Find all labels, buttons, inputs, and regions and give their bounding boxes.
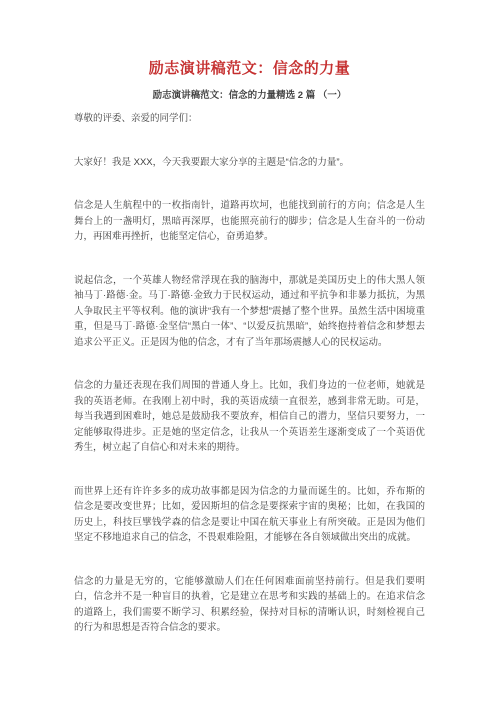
page-title: 励志演讲稿范文：信念的力量: [74, 60, 425, 78]
paragraph-martin-luther-king: 说起信念，一个英雄人物经常浮现在我的脑海中，那就是美国历史上的伟大黑人领袖马丁·…: [74, 273, 425, 351]
document-page: 励志演讲稿范文：信念的力量 励志演讲稿范文：信念的力量精选 2 篇 （一） 尊敬…: [0, 0, 500, 707]
paragraph-conclusion: 信念的力量是无穷的，它能够激励人们在任何困难面前坚持前行。但是我们要明白，信念并…: [74, 574, 425, 636]
paragraph-english-teacher: 信念的力量还表现在我们周围的普通人身上。比如，我们身边的一位老师，她就是我的英语…: [74, 378, 425, 456]
paragraph-belief-metaphor: 信念是人生航程中的一枚指南针，道路再坎坷，也能找到前行的方向；信念是人生舞台上的…: [74, 198, 425, 245]
document-body: 尊敬的评委、亲爱的同学们： 大家好！我是 XXX，今天我要跟大家分享的主题是“信…: [74, 111, 425, 636]
paragraph-intro: 大家好！我是 XXX，今天我要跟大家分享的主题是“信念的力量”。: [74, 155, 425, 171]
paragraph-greeting: 尊敬的评委、亲爱的同学们：: [74, 111, 425, 127]
paragraph-success-stories: 而世界上还有许许多多的成功故事都是因为信念的力量而诞生的。比如，乔布斯的信念是要…: [74, 484, 425, 546]
page-subtitle: 励志演讲稿范文：信念的力量精选 2 篇 （一）: [74, 89, 425, 102]
